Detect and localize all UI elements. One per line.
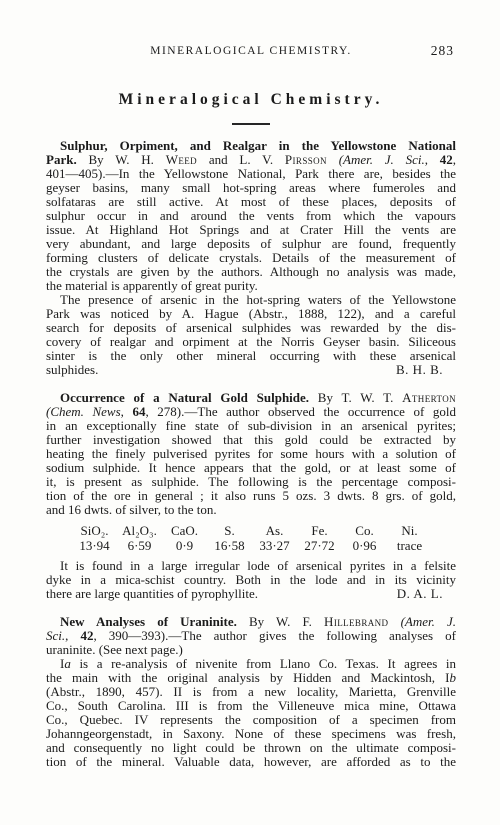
text-segment: sodium sulphide. It hence appears that t… <box>46 460 456 475</box>
paragraph: It is found in a large irregular lode of… <box>46 559 456 601</box>
text-segment: (Chem. News <box>46 404 121 419</box>
table-header-row: SiO₂.Al₂O₃.CaO.S.As.Fe.Co.Ni. <box>72 523 432 538</box>
paragraph: Sulphur, Orpiment, and Realgar in the Ye… <box>46 139 456 293</box>
text-segment: (Abstr., 1890, 457). II is from a new lo… <box>46 684 456 699</box>
text-segment: Weed <box>166 152 197 167</box>
text-segment: forming clusters of delicate crystals. D… <box>46 250 456 265</box>
text-line: in an exceptionally fine state of sub-di… <box>46 419 456 433</box>
text-segment: , 390—393).—The author gives the followi… <box>93 628 456 643</box>
text-segment: Occurrence of a Natural Gold Sulphide. <box>60 390 309 405</box>
section-title: Mineralogical Chemistry. <box>46 91 456 109</box>
text-line: solfataras are still active. At most of … <box>46 195 456 209</box>
text-segment: , <box>425 152 440 167</box>
article-new-analyses-of-uraninite: New Analyses of Uraninite. By W. F. Hill… <box>46 615 456 769</box>
value-cell: 0·96 <box>342 538 387 553</box>
value-cell: 13·94 <box>72 538 117 553</box>
text-line: Park. By W. H. Weed and L. V. Pirsson (A… <box>46 153 456 167</box>
text-segment: the material is apparently of great puri… <box>46 278 258 293</box>
text-segment: further investigation showed that this g… <box>46 432 456 447</box>
text-segment: in an exceptionally fine state of sub-di… <box>46 418 456 433</box>
table-value-row: 13·946·590·916·5833·2727·720·96trace <box>72 538 432 553</box>
text-segment: geyser basins, many small hot-spring are… <box>46 180 456 195</box>
text-line: search for deposits of arsenical sulphid… <box>46 321 456 335</box>
text-segment: 42 <box>80 628 93 643</box>
text-line: heating the finely pulverised pyrites fo… <box>46 447 456 461</box>
text-line: 401—405).—In the Yellowstone National, P… <box>46 167 456 181</box>
text-segment: is a re-analysis of nivenite from Llano … <box>71 656 456 671</box>
article-sulphur-orpiment-realgar-yellowstone: Sulphur, Orpiment, and Realgar in the Ye… <box>46 139 456 377</box>
column-header: Ni. <box>387 523 432 538</box>
text-line: further investigation showed that this g… <box>46 433 456 447</box>
text-segment: and consequently no light could be throw… <box>46 740 456 755</box>
text-segment: New Analyses of Uraninite. <box>60 614 237 629</box>
text-line: sinter is the only other mineral occurri… <box>46 349 456 363</box>
text-segment: Pirsson <box>285 152 327 167</box>
journal-page: MINERALOGICAL CHEMISTRY. 283 Mineralogic… <box>0 0 500 825</box>
text-line: Sci., 42, 390—393).—The author gives the… <box>46 629 456 643</box>
column-header: Al₂O₃. <box>117 523 162 538</box>
text-segment: The presence of arsenic in the hot-sprin… <box>60 292 456 307</box>
text-segment: Park. <box>46 152 77 167</box>
value-cell: 27·72 <box>297 538 342 553</box>
text-line: the crystals are given by the authors. A… <box>46 265 456 279</box>
text-segment: and 16 dwts. of silver, to the ton. <box>46 502 217 517</box>
value-cell: 0·9 <box>162 538 207 553</box>
value-cell: 6·59 <box>117 538 162 553</box>
text-segment <box>388 614 400 629</box>
text-line: there are large quantities of pyrophylli… <box>46 587 456 601</box>
text-segment: Co., South Carolina. III is from the Vil… <box>46 698 456 713</box>
articles-container: Sulphur, Orpiment, and Realgar in the Ye… <box>46 139 456 769</box>
text-line: tion of the ore in general ; it also run… <box>46 489 456 503</box>
text-segment: 64 <box>132 404 145 419</box>
text-segment: very abundant, and large deposits of sul… <box>46 236 456 251</box>
text-line: sulphides.B. H. B. <box>46 363 456 377</box>
divider-rule <box>232 123 270 125</box>
text-segment: heating the finely pulverised pyrites fo… <box>46 446 456 461</box>
text-segment: (Amer. J. Sci. <box>339 152 425 167</box>
running-head: MINERALOGICAL CHEMISTRY. 283 <box>46 44 456 58</box>
text-segment: there are large quantities of pyrophylli… <box>46 586 258 601</box>
text-segment: , <box>453 152 456 167</box>
value-cell: trace <box>387 538 432 553</box>
column-header: S. <box>207 523 252 538</box>
text-segment: sinter is the only other mineral occurri… <box>46 348 456 363</box>
text-line: forming clusters of delicate crystals. D… <box>46 251 456 265</box>
text-line: (Abstr., 1890, 457). II is from a new lo… <box>46 685 456 699</box>
text-line: the material is apparently of great puri… <box>46 279 456 293</box>
text-line: and 16 dwts. of silver, to the ton. <box>46 503 456 517</box>
text-segment: , 278).—The author observed the occurren… <box>145 404 456 419</box>
text-segment: By W. H. <box>77 152 166 167</box>
text-line: and consequently no light could be throw… <box>46 741 456 755</box>
text-line: sulphur occur in and around the vents fr… <box>46 209 456 223</box>
column-header: Fe. <box>297 523 342 538</box>
column-header: As. <box>252 523 297 538</box>
column-header: Co. <box>342 523 387 538</box>
text-segment: Sci. <box>46 628 65 643</box>
text-line: Occurrence of a Natural Gold Sulphide. B… <box>46 391 456 405</box>
text-segment: , <box>121 404 133 419</box>
text-segment: issue. At Highland Hot Springs and at Cr… <box>46 222 456 237</box>
paragraph: The presence of arsenic in the hot-sprin… <box>46 293 456 377</box>
article-natural-gold-sulphide: Occurrence of a Natural Gold Sulphide. B… <box>46 391 456 601</box>
text-segment: By W. F. <box>237 614 324 629</box>
column-header: SiO₂. <box>72 523 117 538</box>
text-line: the main with the original analysis by H… <box>46 671 456 685</box>
text-line: it, is present as sulphide. The followin… <box>46 475 456 489</box>
paragraph: Occurrence of a Natural Gold Sulphide. B… <box>46 391 456 517</box>
abstractor-initials: B. H. B. <box>396 363 443 377</box>
text-segment: Co., Quebec. IV represents the compositi… <box>46 712 456 727</box>
text-line: Ia is a re-analysis of nivenite from Lla… <box>46 657 456 671</box>
value-cell: 33·27 <box>252 538 297 553</box>
column-header: CaO. <box>162 523 207 538</box>
text-line: New Analyses of Uraninite. By W. F. Hill… <box>46 615 456 629</box>
text-segment: solfataras are still active. At most of … <box>46 194 456 209</box>
text-line: Johanngeorgenstadt, in Saxony. None of t… <box>46 727 456 741</box>
text-line: Park was noticed by A. Hague (Abstr., 18… <box>46 307 456 321</box>
text-segment: tion of the mineral. Valuable data, howe… <box>46 754 456 769</box>
text-line: It is found in a large irregular lode of… <box>46 559 456 573</box>
text-segment: 42 <box>440 152 453 167</box>
paragraph: New Analyses of Uraninite. By W. F. Hill… <box>46 615 456 657</box>
page-number: 283 <box>431 44 454 58</box>
text-line: geyser basins, many small hot-spring are… <box>46 181 456 195</box>
value-cell: 16·58 <box>207 538 252 553</box>
text-line: issue. At Highland Hot Springs and at Cr… <box>46 223 456 237</box>
text-segment: Atherton <box>402 390 456 405</box>
text-segment: Park was noticed by A. Hague (Abstr., 18… <box>46 306 456 321</box>
text-segment: 401—405).—In the Yellowstone National, P… <box>46 166 456 181</box>
text-line: tion of the mineral. Valuable data, howe… <box>46 755 456 769</box>
text-line: dyke in a mica-schist country. Both in t… <box>46 573 456 587</box>
text-segment: It is found in a large irregular lode of… <box>60 558 456 573</box>
running-head-text: MINERALOGICAL CHEMISTRY. <box>150 45 351 57</box>
text-segment: it, is present as sulphide. The followin… <box>46 474 456 489</box>
text-line: uraninite. (See next page.) <box>46 643 456 657</box>
text-segment: Johanngeorgenstadt, in Saxony. None of t… <box>46 726 456 741</box>
text-segment: search for deposits of arsenical sulphid… <box>46 320 456 335</box>
text-segment: (Amer. J. <box>401 614 456 629</box>
text-segment: Hillebrand <box>324 614 388 629</box>
text-line: Sulphur, Orpiment, and Realgar in the Ye… <box>46 139 456 153</box>
text-segment: uraninite. (See next page.) <box>46 642 183 657</box>
text-segment: dyke in a mica-schist country. Both in t… <box>46 572 456 587</box>
text-segment <box>327 152 339 167</box>
text-segment: covery of realgar and orpiment at the No… <box>46 334 456 349</box>
analysis-table: SiO₂.Al₂O₃.CaO.S.As.Fe.Co.Ni.13·946·590·… <box>72 523 432 553</box>
text-line: sodium sulphide. It hence appears that t… <box>46 461 456 475</box>
text-segment: tion of the ore in general ; it also run… <box>46 488 456 503</box>
text-segment: , <box>65 628 80 643</box>
text-segment: the crystals are given by the authors. A… <box>46 264 456 279</box>
text-line: very abundant, and large deposits of sul… <box>46 237 456 251</box>
text-segment: Sulphur, Orpiment, and Realgar in the Ye… <box>60 138 456 153</box>
text-line: (Chem. News, 64, 278).—The author observ… <box>46 405 456 419</box>
paragraph: Ia is a re-analysis of nivenite from Lla… <box>46 657 456 769</box>
text-segment: b <box>450 670 457 685</box>
text-segment: sulphides. <box>46 362 98 377</box>
text-line: Co., Quebec. IV represents the compositi… <box>46 713 456 727</box>
text-segment: sulphur occur in and around the vents fr… <box>46 208 456 223</box>
text-segment: and L. V. <box>197 152 285 167</box>
text-line: The presence of arsenic in the hot-sprin… <box>46 293 456 307</box>
text-line: Co., South Carolina. III is from the Vil… <box>46 699 456 713</box>
text-segment: the main with the original analysis by H… <box>46 670 450 685</box>
abstractor-initials: D. A. L. <box>397 587 443 601</box>
text-segment: By T. W. T. <box>309 390 402 405</box>
text-line: covery of realgar and orpiment at the No… <box>46 335 456 349</box>
